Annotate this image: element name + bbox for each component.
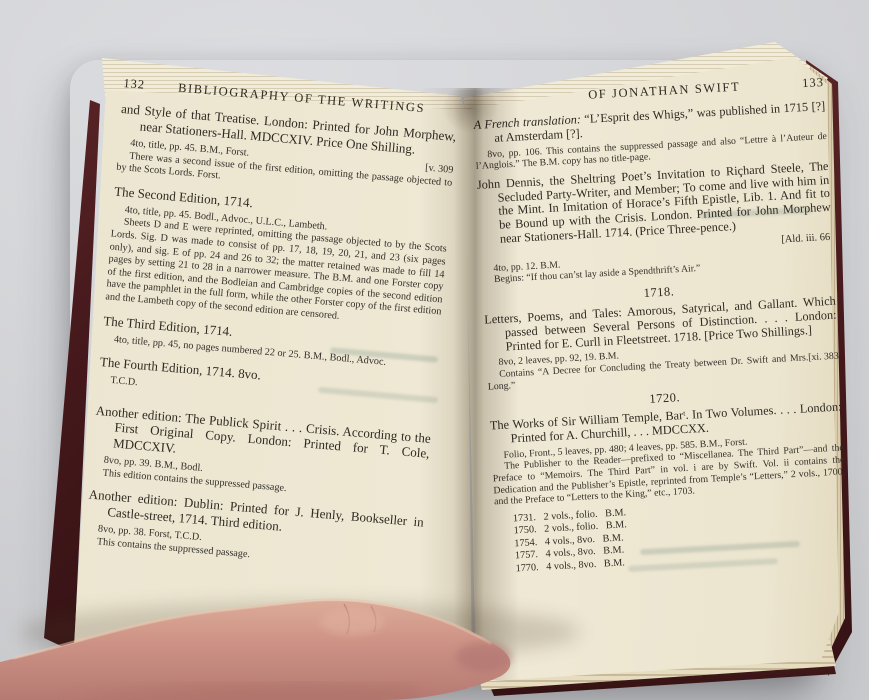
right-page-number: 133 bbox=[802, 75, 825, 91]
left-page-text: 132 BIBLIOGRAPHY OF THE WRITINGS and Sty… bbox=[84, 76, 459, 584]
thumb-lower-shading bbox=[60, 685, 420, 700]
left-page-number: 132 bbox=[123, 76, 146, 93]
right-page-text: OF JONATHAN SWIFT 133 A French translati… bbox=[472, 75, 850, 577]
reference-xi-383: [xi. 383 bbox=[808, 350, 839, 363]
header-spacer bbox=[473, 102, 527, 105]
photo-of-open-book: 132 BIBLIOGRAPHY OF THE WRITINGS and Sty… bbox=[0, 0, 869, 700]
